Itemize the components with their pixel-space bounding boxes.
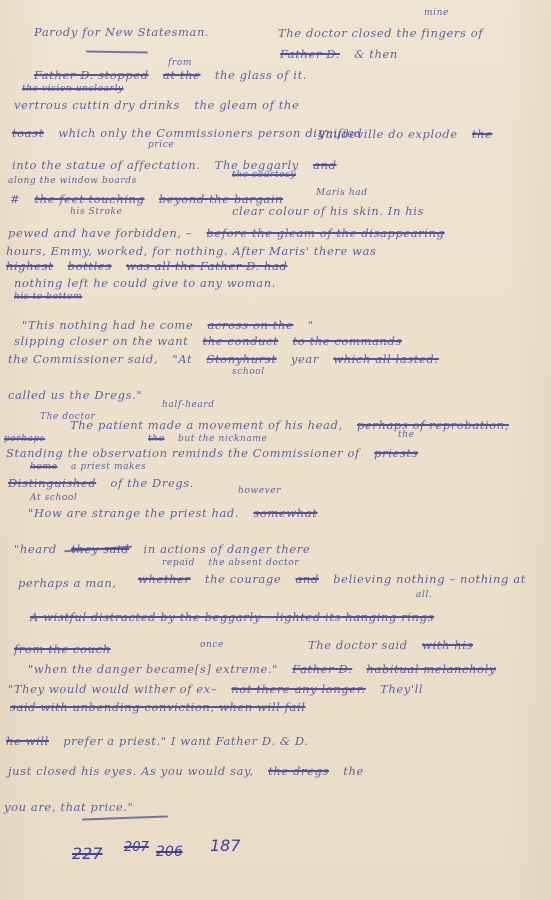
deleted-text: to the commands [293,334,402,348]
manuscript-line: he will prefer a priest." I want Father … [6,734,319,748]
manuscript-line: said with unbending conviction, when wil… [10,700,306,714]
deleted-text: toast [12,126,44,140]
deleted-text: Father D. stopped [34,68,149,82]
manuscript-line: the Commissioner said, "At Stonyhurst ye… [8,352,449,366]
manuscript-line: Maris had [316,188,368,198]
manuscript-line: his Stroke [70,207,122,217]
deleted-text: somewhat [253,506,317,520]
text-segment: believing nothing – nothing at [333,572,526,586]
text-segment: into the statue of affectation. [12,158,200,172]
deleted-text: highest [6,259,53,273]
deleted-text: the [148,434,165,444]
text-segment: They'll [380,682,423,696]
manuscript-line: you are, that price." [4,800,133,814]
manuscript-line: clear colour of his skin. In his [232,204,424,218]
text-segment: pewed and have forbidden, – [8,226,192,240]
manuscript-line: Father D. stopped at the the glass of it… [34,68,317,82]
manuscript-line: A wistful distracted by the beggarly – l… [30,610,434,624]
deleted-text: the [472,127,493,141]
insertion-text: however [238,486,281,496]
manuscript-line: the but the nickname [148,434,277,444]
text-segment: of the Dregs. [111,476,195,490]
deleted-text: which all lasted: [333,352,439,366]
deleted-text: the feet touching [35,192,145,206]
manuscript-line: all. [416,590,432,600]
manuscript-line: whether the courage and believing nothin… [138,572,536,586]
deleted-text: bottles [68,259,112,273]
text-segment: just closed his eyes. As you would say, [8,764,254,778]
manuscript-line: highest bottles was all the Father D. ha… [6,259,297,273]
deleted-text: Distinguished [8,476,96,490]
deleted-text: said with unbending conviction, when wil… [10,700,306,714]
deleted-text: and [296,572,319,586]
deleted-text: the vision unclearly [22,84,124,94]
deleted-text: perhaps [4,434,45,444]
manuscript-line: the courtesy [232,170,306,180]
text-segment: clear colour of his skin. In his [232,204,424,218]
text-segment: hours, Emmy, worked, for nothing. After … [6,244,377,258]
text-segment: the absent doctor [208,558,299,568]
text-segment: you are, that price." [4,800,133,814]
manuscript-line: pewed and have forbidden, – before the g… [8,226,455,240]
deleted-text: perhaps of reprobation, [357,418,509,432]
text-segment: but the nickname [178,434,267,444]
manuscript-line: The patient made a movement of his head,… [70,418,519,432]
text-segment: the glass of it. [215,68,307,82]
text-segment: in actions of danger there [144,542,311,556]
text-segment: Vaudeville do explode [318,127,458,141]
deleted-text: priests [374,446,418,460]
manuscript-line: called us the Dregs." [8,388,142,402]
text-segment: the Commissioner said, [8,352,158,366]
underline-mark [86,50,148,53]
manuscript-line: Vaudeville do explode the [318,127,503,141]
text-segment: At school [30,493,77,503]
text-segment: once [200,640,224,650]
text-segment: The patient made a movement of his head, [70,418,343,432]
manuscript-line: Standing the observation reminds the Com… [6,446,428,460]
deleted-text: Father D. [280,47,340,61]
manuscript-line: Father D. & then [280,47,408,61]
text-segment: " [308,318,314,332]
text-segment: The doctor closed the fingers of [278,26,483,40]
text-segment: a priest makes [71,462,146,472]
text-segment: "heard [14,542,57,556]
text-segment: called us the Dregs." [8,388,142,402]
manuscript-line: At school [30,493,77,503]
underline-mark [82,815,168,820]
manuscript-line: "They would would wither of ex– not ther… [8,682,433,696]
deleted-text: with his [422,638,473,652]
deleted-text: the conduct [203,334,279,348]
text-segment: vertrous cuttin dry drinks [14,98,180,112]
insertion-text: the [398,430,415,440]
manuscript-line: hours, Emmy, worked, for nothing. After … [6,244,377,258]
page-number: 187 [210,836,241,855]
deleted-text: the dregs [268,764,329,778]
manuscript-line: repaid the absent doctor [162,558,309,568]
manuscript-line: from the couch [14,642,121,656]
manuscript-line: his to bottom [14,292,82,302]
deleted-text: not there any longer. [231,682,365,696]
text-segment: "At [172,352,192,366]
deleted-text: the courtesy [232,170,296,180]
text-segment: which only the Commissioners person dign… [58,126,362,140]
manuscript-line: "How are strange the priest had. somewha… [28,506,328,520]
manuscript-line: Parody for New Statesman. [34,25,219,39]
deleted-text: was all the Father D. had [126,259,287,273]
text-segment: repaid [162,558,195,568]
deleted-text: home [30,462,57,472]
text-segment: prefer a priest." I want Father D. & D. [63,734,308,748]
manuscript-line: along the window boards [8,176,147,186]
deleted-text: he will [6,734,49,748]
deleted-text: Father D. [292,662,352,676]
text-segment: all. [416,590,432,600]
text-segment: The doctor said [308,638,408,652]
text-segment: year [291,352,319,366]
text-segment: his Stroke [70,207,122,217]
deleted-text: his to bottom [14,292,82,302]
insertion-text: from [168,58,192,68]
deleted-text: whether [138,572,191,586]
deleted-text: habitual melancholy [366,662,496,676]
manuscript-line: The doctor said with his [308,638,483,652]
text-segment: the [343,764,364,778]
manuscript-line: home a priest makes [30,462,156,472]
deleted-text: and [313,158,336,172]
manuscript-line: "when the danger became[s] extreme." Fat… [28,662,506,676]
deleted-text: from the couch [14,642,111,656]
manuscript-line: Distinguished of the Dregs. [8,476,204,490]
insertion-text: half-heard [162,400,215,410]
insertion-text: mine [424,8,449,18]
text-segment: nothing left he could give to any woman. [14,276,276,290]
manuscript-line: slipping closer on the want the conduct … [14,334,412,348]
manuscript-line: once [200,640,224,650]
deleted-text: A wistful distracted by the beggarly – l… [30,610,434,624]
text-segment: Parody for New Statesman. [34,25,209,39]
deleted-text: before the gleam of the disappearing [207,226,445,240]
text-segment: along the window boards [8,176,137,186]
text-segment: "How are strange the priest had. [28,506,239,520]
manuscript-line: just closed his eyes. As you would say, … [8,764,374,778]
text-segment: & then [354,47,398,61]
hash-mark: # [10,192,20,206]
text-segment: "when the danger became[s] extreme." [28,662,278,676]
deleted-text: across on the [208,318,294,332]
text-segment: "This nothing had he come [22,318,193,332]
manuscript-line: The doctor closed the fingers of [278,26,483,40]
deleted-text: Stonyhurst [206,352,276,366]
insertion-text: price [148,140,174,150]
insertion-text: school [232,367,265,377]
text-segment: the courage [205,572,281,586]
manuscript-line: nothing left he could give to any woman. [14,276,276,290]
text-segment: "They would would wither of ex– [8,682,217,696]
manuscript-line: the vision unclearly [22,84,134,94]
manuscript-line: perhaps [4,434,55,444]
page-number-struck: 207 [124,840,149,855]
manuscript-line: "This nothing had he come across on the … [22,318,324,332]
text-segment: slipping closer on the want [14,334,188,348]
deleted-text: at the [163,68,201,82]
manuscript-line: perhaps a man, [18,576,127,590]
page-number-struck: 206 [156,844,183,860]
manuscript-line: vertrous cuttin dry drinks the gleam of … [14,98,309,112]
page-number-struck: 227 [72,844,103,863]
text-segment: Maris had [316,188,368,198]
text-segment: perhaps a man, [18,576,117,590]
text-segment: the gleam of the [194,98,299,112]
manuscript-page: Parody for New Statesman. The doctor clo… [0,0,551,900]
manuscript-line: "heard they said in actions of danger th… [14,542,320,556]
text-segment: Standing the observation reminds the Com… [6,446,360,460]
